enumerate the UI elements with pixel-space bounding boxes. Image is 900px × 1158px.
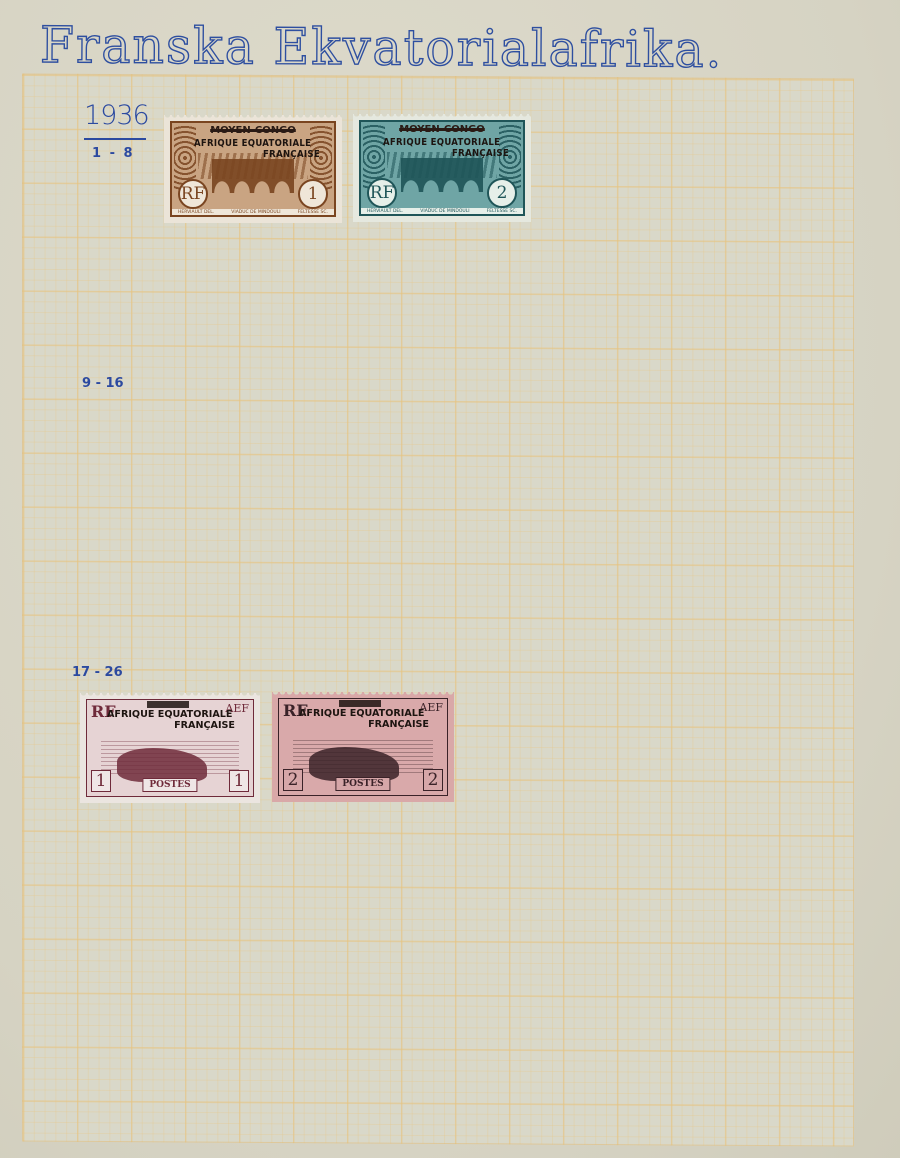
page-title: Franska Ekvatorialafrika.: [40, 16, 724, 79]
overprint-text: AFRIQUE EQUATORIALE FRANÇAISE: [299, 708, 429, 730]
stamp-design: MOYEN-CONGO AFRIQUE EQUATORIALE FRANÇAIS…: [170, 121, 336, 217]
stamp-ogooue-1[interactable]: RF AEF AFRIQUE EQUATORIALE FRANÇAISE 1 1…: [80, 693, 260, 803]
overprint-text: AFRIQUE EQUATORIALE FRANÇAISE: [194, 138, 324, 160]
stamp-value: 1: [229, 770, 249, 792]
catalog-range-2: 9 - 16: [82, 376, 124, 391]
stamp-value: 1: [91, 770, 111, 792]
stamp-design: RF AEF AFRIQUE EQUATORIALE FRANÇAISE 2 2…: [278, 698, 448, 796]
album-page: Franska Ekvatorialafrika. 1936 1 - 8 9 -…: [0, 0, 900, 1158]
stamp-value: 2: [487, 178, 517, 208]
stamp-credits: HERVIAULT DEL. VIADUC DE MINDOULI FELTES…: [367, 209, 517, 214]
viaduct-illustration: [401, 158, 483, 192]
rf-monogram-icon: RF: [367, 178, 397, 208]
rf-monogram-icon: RF: [178, 179, 208, 209]
viaduct-illustration: [212, 159, 294, 193]
overprint-text: AFRIQUE EQUATORIALE FRANÇAISE: [383, 137, 513, 159]
year-label: 1936: [84, 100, 149, 131]
postes-label: POSTES: [142, 778, 197, 792]
year-underline: [84, 138, 146, 140]
catalog-range-3: 17 - 26: [72, 665, 123, 680]
struck-overprint: MOYEN-CONGO: [172, 125, 334, 136]
stamp-design: MOYEN-CONGO AFRIQUE EQUATORIALE FRANÇAIS…: [359, 120, 525, 216]
stamp-value: 2: [423, 769, 443, 791]
catalog-range-1: 1 - 8: [92, 146, 135, 161]
stamp-viaduct-2[interactable]: MOYEN-CONGO AFRIQUE EQUATORIALE FRANÇAIS…: [353, 114, 531, 222]
struck-overprint: MOYEN-CONGO: [361, 124, 523, 135]
stamp-design: RF AEF AFRIQUE EQUATORIALE FRANÇAISE 1 1…: [86, 699, 254, 797]
struck-overprint: [339, 700, 381, 707]
stamp-value: 1: [298, 179, 328, 209]
stamp-ogooue-2[interactable]: RF AEF AFRIQUE EQUATORIALE FRANÇAISE 2 2…: [272, 692, 454, 802]
struck-overprint: [147, 701, 189, 708]
overprint-text: AFRIQUE EQUATORIALE FRANÇAISE: [107, 709, 235, 731]
stamp-viaduct-1[interactable]: MOYEN-CONGO AFRIQUE EQUATORIALE FRANÇAIS…: [164, 115, 342, 223]
postes-label: POSTES: [335, 777, 390, 791]
stamp-credits: HERVIAULT DEL. VIADUC DE MINDOULI FELTES…: [178, 210, 328, 215]
graph-paper-grid: [22, 73, 854, 1146]
stamp-value: 2: [283, 769, 303, 791]
